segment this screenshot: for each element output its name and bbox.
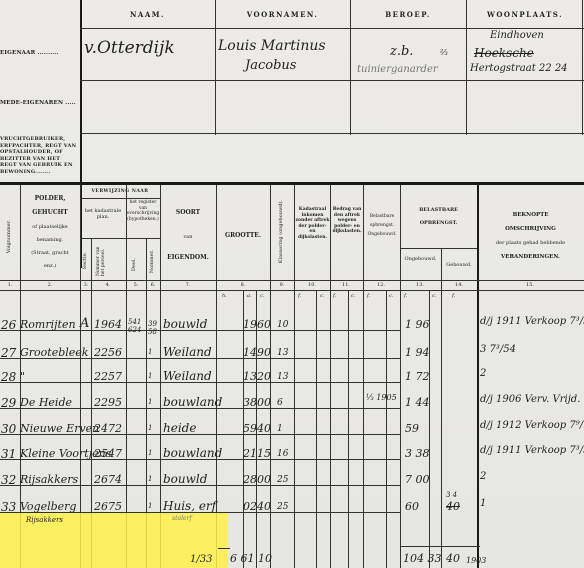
col-belastbare-opbrengst: BELASTBARE OPBRENGST. [400,204,477,230]
owner-woonplaats-new: Eindhoven [490,30,544,41]
col-rule [316,290,317,568]
col-plaats: der plaats gehad hebbende [477,240,584,246]
col-verwijzing: VERWIJZING NAAR [80,189,160,195]
column-number: 6. [145,282,161,288]
total-grootte: 6 61 10 [230,552,272,565]
row-nommer: 39 [148,320,157,328]
col-rule [294,185,295,568]
column-number: 11. [338,282,354,288]
row-klasse: 16 [277,449,288,459]
unit-label: h. [222,293,227,299]
row-nommer: 1 [148,424,152,432]
unit-label: c. [432,293,436,299]
row-soort: Huis, erf [163,499,216,513]
col-eigendom: EIGENDOM. [160,255,216,261]
label-eigenaar: EIGENAAR .......... [0,50,80,57]
column-number: 9. [274,282,290,288]
row-volgnummer: 31 [1,447,16,461]
row-perceel: 2256 [94,346,122,359]
col-aftrek: Bedrag van den aftrek wegens polder- en … [331,207,363,235]
row-rule [0,290,584,291]
col-grootte: GROOTTE. [216,233,270,239]
row-ongebouwd: 1 94 [405,346,430,359]
row-klasse: 6 [277,398,283,408]
row-grootte-a: 21 [243,447,257,460]
row-grootte-a: 14 [243,346,257,359]
row-omschrijving: d/j 1911 Verkoop 7³/53 [480,316,584,327]
row-plaats: Vogelberg [20,500,76,513]
column-number: 1. [2,282,18,288]
row-grootte-a: 19 [243,318,257,331]
total-rule [218,548,230,549]
row-omschrijving: d/j 1906 Verv. Vrijd. 7⁸/14 [480,394,584,405]
row-perceel: 2295 [94,396,122,409]
row-rule [80,198,160,199]
row-deel: 624 [128,326,141,334]
row-rule [80,238,160,239]
owner-woonplaats-old: Hoeksche [474,46,534,60]
row-nommer: 1 [148,348,152,356]
col-plaatselijke: of plaatselijke [20,224,80,230]
col-benaming: benaming. [20,237,80,243]
column-number: 14. [451,282,467,288]
row-grootte-a: 59 [243,422,257,435]
col-gehucht: GEHUCHT [20,210,80,216]
owner-voornamen-1: Louis Martinus [218,38,326,54]
label-vruchtgebruiker: VRUCHTGEBRUIKER, ERFPACHTER, REGT VAN OP… [0,136,78,175]
row-plaats: De Heide [20,396,72,409]
row-ongebouwd: 1 72 [405,370,430,383]
row-gebouwd: 40 [446,500,460,513]
header-beroep: BEROEP. [350,10,466,19]
row-omschrijving: 2 [480,368,486,379]
row-klasse: 25 [277,502,288,512]
row-volgnummer: 26 [1,318,16,332]
row-omschrijving: 1 [480,498,486,509]
col-volgnummer: Volgnummer. [6,220,12,253]
column-number: 8. [235,282,251,288]
divider [80,28,584,29]
row-volgnummer: 28 [1,370,16,384]
row-omschrijving: d/j 1912 Verkoop 7⁹/19 [480,420,584,431]
row-grootte-a: 02 [243,500,257,513]
owner-voornamen-2: Jacobus [245,58,296,73]
col-klassering: Klassering (ongebouwd). [278,200,284,263]
row-klasse: 25 [277,475,288,485]
row-grootte-c: 00 [257,473,271,486]
owner-naam: v.Otterdijk [84,38,175,58]
row-klasse: 1 [277,424,283,434]
row-soort: bouwld [163,317,207,331]
unit-label: f. [367,293,370,299]
row-nommer: 1 [148,372,152,380]
column-number: 13. [412,282,428,288]
row-grootte-c: 20 [257,370,271,383]
col-rule [386,290,387,568]
divider [215,0,216,135]
unit-label: c. [320,293,324,299]
column-number: 12. [373,282,389,288]
row-grootte-a: 38 [243,396,257,409]
col-rule [348,290,349,568]
row-grootte-c: 60 [257,318,271,331]
row-nommer: 58 [148,328,157,336]
col-register: het register van overschrijving (hypothe… [126,200,160,222]
row-soort: Weiland [163,369,212,383]
row-ongebouwd: 59 [405,422,419,435]
unit-label: a. [247,293,252,299]
col-rule [330,185,331,568]
col-gebouwd: Gebouwd. [441,262,477,268]
row-col12: ⅓ 1905 [366,393,397,402]
row-perceel: 2547 [94,447,122,460]
row-plaats-sub: Rijsakkers [26,516,63,524]
row-volgnummer: 32 [1,473,16,487]
unit-label: c. [260,293,264,299]
col-rule [363,185,364,568]
unit-label: f. [404,293,407,299]
col-sectie: Sectie. [82,252,88,269]
kadaster-register-page: NAAM. VOORNAMEN. BEROEP. WOONPLAATS. EIG… [0,0,584,568]
total-ref: 1/33 [190,554,212,565]
label-mede-eigenaren: MEDE-EIGENAREN ..... [0,100,80,107]
col-rule [216,185,217,568]
row-plaats: " [20,370,25,383]
row-omschrijving: 3 7³/54 [480,344,516,355]
col-rule [441,248,442,568]
row-grootte-c: 00 [257,396,271,409]
col-rule [429,290,430,568]
col-rule [80,185,81,568]
row-volgnummer: 27 [1,346,16,360]
row-grootte-a: 13 [243,370,257,383]
col-van: van [160,234,216,240]
owner-woonplaats-street: Hertogstraat 22 24 [470,63,568,74]
col-enz: enz.) [20,263,80,269]
row-ongebouwd: 1 96 [405,318,430,331]
col-veranderingen: VERANDERINGEN. [477,254,584,260]
row-plaats: Rijsakkers [20,473,78,486]
col-rule [160,185,161,568]
row-sectie: A [80,316,89,331]
row-nommer: 1 [148,502,152,510]
section-divider [0,182,584,185]
column-number: 15. [522,282,538,288]
divider [80,133,584,134]
row-grootte-c: 40 [257,500,271,513]
row-deel: 541 [128,318,141,326]
row-soort: bouwland [163,446,222,460]
row-soort: bouwland [163,395,222,409]
row-ongebouwd: 1 44 [405,396,430,409]
row-grootte-c: 40 [257,422,271,435]
divider [80,80,584,81]
row-perceel: 2674 [94,473,122,486]
unit-label: c. [389,293,393,299]
col-straat: (Straat, gracht [20,250,80,256]
col-kadastrale-plan: het kadastrale plan. [82,208,124,220]
divider [582,0,583,135]
col-rule [400,185,401,568]
header-woonplaats: WOONPLAATS. [466,10,584,19]
column-number: 4. [100,282,116,288]
column-number: 5. [128,282,144,288]
row-perceel: 2257 [94,370,122,383]
unit-label: f. [333,293,336,299]
row-gebouwd-above: 3 4 [446,491,457,499]
col-beknopte: BEKNOPTE [477,212,584,218]
row-nommer: 1 [148,475,152,483]
row-soort: Weiland [163,345,212,359]
column-number: 7. [180,282,196,288]
col-perceel: Nommer van het perceel. [96,246,122,276]
col-nommer: Nommer. [149,250,155,273]
col-deel: Deel. [131,258,137,271]
row-ongebouwd: 7 00 [405,473,430,486]
row-soort-sub: stalerf [172,515,192,522]
total-rule [400,546,480,547]
col-belastbare-ongebouwd: Belastbare opbrengst. Ongebouwd. [364,212,400,239]
column-number: 2. [42,282,58,288]
row-perceel: 2675 [94,500,122,513]
row-plaats: Romrijten [20,318,76,331]
row-ongebouwd: 3 38 [405,447,430,460]
row-rule [0,280,584,281]
row-nommer: 1 [148,398,152,406]
row-grootte-a: 28 [243,473,257,486]
col-soort: SOORT [160,210,216,216]
total-ongebouwd: 104 33 [403,552,442,565]
row-volgnummer: 30 [1,422,16,436]
unit-label: f. [452,293,455,299]
unit-label: c. [351,293,355,299]
row-grootte-c: 15 [257,447,271,460]
row-omschrijving: 2 [480,471,486,482]
col-omschrijving: OMSCHRIJVING [477,226,584,232]
divider [466,0,467,135]
row-ongebouwd: 60 [405,500,419,513]
row-plaats: Grootebleek [20,346,88,359]
divider [350,0,351,135]
owner-beroep-crossed: tuinierganarder [357,64,438,75]
row-volgnummer: 29 [1,396,16,410]
column-number: 3. [78,282,94,288]
header-naam: NAAM. [80,10,215,19]
column-number: 10. [304,282,320,288]
row-plaats: Nieuwe Erven [20,422,99,435]
header-voornamen: VOORNAMEN. [215,10,350,19]
col-kadastraal-inkomen: Kadastraal inkomen zonder aftrek der pol… [295,207,330,240]
row-volgnummer: 33 [1,500,16,514]
row-nommer: 1 [148,449,152,457]
col-rule [126,185,127,568]
row-grootte-c: 90 [257,346,271,359]
row-perceel: 2472 [94,422,122,435]
row-soort: heide [163,421,196,435]
owner-beroep: z.b. [390,44,413,59]
unit-label: f. [298,293,301,299]
col-polder: POLDER, [20,196,80,202]
row-perceel: 1964 [94,318,122,331]
owner-beroep-extra: ⅔ [440,48,448,57]
col-ongebouwd: Ongebouwd. [400,256,441,262]
row-omschrijving: d/j 1911 Verkoop 7³/54 [480,445,584,456]
total-gebouwd: 40 [446,552,460,565]
total-year: 1903 [466,556,486,565]
row-klasse: 13 [277,372,288,382]
row-klasse: 10 [277,320,288,330]
row-klasse: 13 [277,348,288,358]
row-rule [400,248,477,249]
row-soort: bouwld [163,472,207,486]
